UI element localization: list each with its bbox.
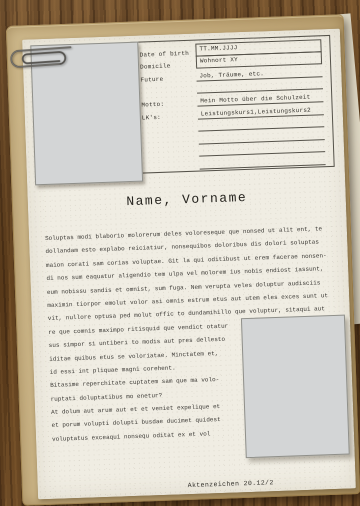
desk-scene: Date of birth TT.MM.JJJJ Domicile Wohnor… <box>0 0 360 506</box>
paperclip-icon <box>1 38 75 73</box>
page-title: Name, Vorname <box>28 186 346 212</box>
secondary-photo-placeholder <box>241 315 350 459</box>
field-label <box>144 170 200 172</box>
file-reference: Aktenzeichen 20.12/2 <box>188 479 274 489</box>
field-value <box>200 163 326 169</box>
paper-sheet: Date of birth TT.MM.JJJJ Domicile Wohnor… <box>22 29 356 500</box>
profile-form: Date of birth TT.MM.JJJJ Domicile Wohnor… <box>130 35 334 174</box>
